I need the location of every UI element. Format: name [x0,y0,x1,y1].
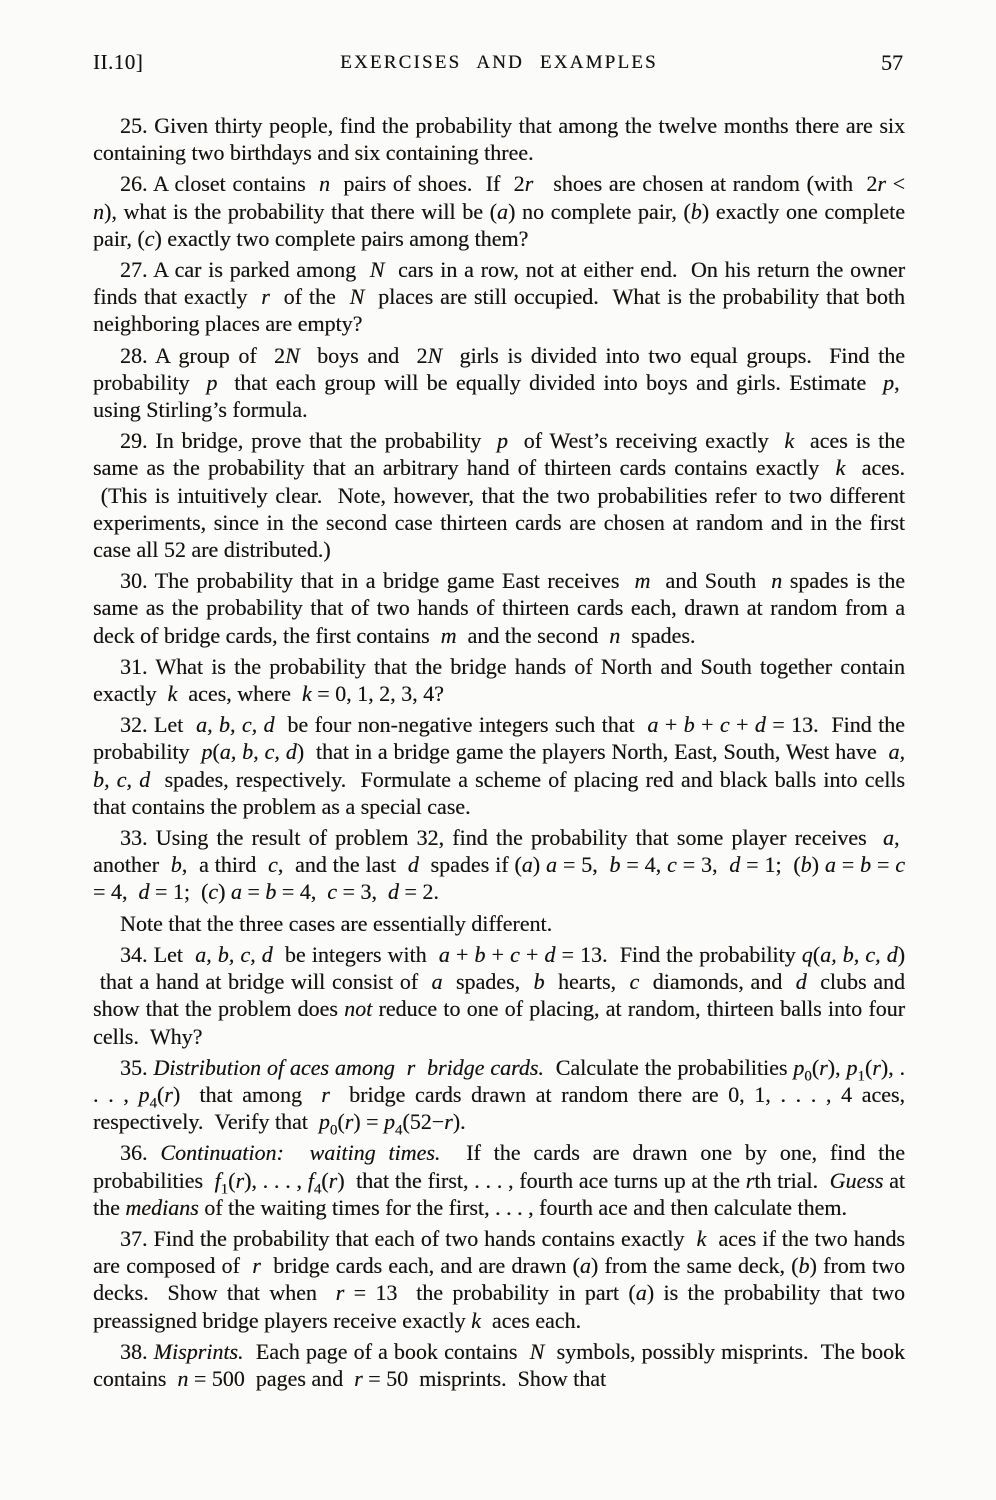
math-italic-run: p [206,370,217,395]
math-italic-run: p [138,1082,149,1107]
text-run: and the second [457,623,610,648]
math-italic-run: a [439,942,450,967]
math-italic-run: a [883,825,894,850]
math-italic-run: b [684,712,695,737]
math-italic-run: a [431,969,442,994]
math-italic-run: N [285,343,300,368]
text-run: 29. In bridge, prove that the probabilit… [120,428,497,453]
exercise-34: 34. Let a, b, c, d be integers with a + … [93,941,905,1050]
math-italic-run: p [883,370,894,395]
math-italic-run: k [784,428,794,453]
text-run: 38. [120,1339,154,1364]
math-italic-run: d [796,969,807,994]
text-run: ( [813,942,820,967]
text-run: be integers with [273,942,439,967]
text-run: = 0, 1, 2, 3, 4? [312,681,444,706]
text-run: ( [812,1055,819,1080]
text-run: = 4, [93,879,138,904]
text-run: + [520,942,545,967]
exercise-31: 31. What is the probability that the bri… [93,653,905,707]
text-run: be four non-negative integers such that [275,712,648,737]
exercise-32: 32. Let a, b, c, d be four non-negative … [93,711,905,820]
math-italic-run: Misprints. [154,1339,244,1364]
math-italic-run: k [471,1308,481,1333]
text-run: = [242,879,265,904]
text-run: that each group will be equally divided … [217,370,883,395]
exercise-36: 36. Continuation: waiting times. If the … [93,1139,905,1221]
section-marker: II.10] [93,50,143,75]
exercise-37: 37. Find the probability that each of tw… [93,1225,905,1334]
math-italic-run: b [534,969,545,994]
text-run: < [886,171,905,196]
text-run: = 13 the probability in part ( [344,1280,636,1305]
math-italic-run: r [235,1168,244,1193]
page-header: II.10] EXERCISES AND EXAMPLES 57 [93,50,905,74]
exercise-29: 29. In bridge, prove that the probabilit… [93,427,905,563]
text-run: ) from the same deck, ( [591,1253,799,1278]
text-run: pairs of shoes. If 2 [330,171,525,196]
text-run: ( [321,1168,328,1193]
text-run: ) no complete pair, ( [508,199,691,224]
exercise-33-note: Note that the three cases are essentiall… [93,910,905,937]
math-italic-run: a [580,1253,591,1278]
text-run: + [695,712,720,737]
text-run: = 3, [337,879,388,904]
math-italic-run: c [268,852,278,877]
text-run: of the waiting times for the first, . . … [199,1195,847,1220]
text-run: 26. A closet contains [120,171,319,196]
text-run: = 3, [677,852,729,877]
text-run: 37. Find the probability that each of tw… [120,1226,697,1251]
math-italic-run: p [319,1109,330,1134]
text-run: 30. The probability that in a bridge gam… [120,568,634,593]
text-run: + [658,712,683,737]
math-italic-run: r [819,1055,828,1080]
math-italic-run: b [798,1253,809,1278]
math-italic-run: p [497,428,508,453]
math-italic-run: c [629,969,639,994]
math-italic-run: d [388,879,399,904]
exercise-33: 33. Using the result of problem 32, find… [93,824,905,906]
math-italic-run: a, b, c, d [196,712,274,737]
math-italic-run: N [350,284,365,309]
exercise-30: 30. The probability that in a bridge gam… [93,567,905,649]
exercise-25: 25. Given thirty people, find the probab… [93,112,905,166]
text-run: 34. Let [120,942,195,967]
math-italic-run: c [208,879,218,904]
text-run: + [450,942,475,967]
math-italic-run: n [319,171,330,196]
text-run: = [871,852,895,877]
math-italic-run: a [647,712,658,737]
exercises-text-block: 25. Given thirty people, find the probab… [93,112,905,1392]
math-italic-run: k [302,681,312,706]
text-run: , a third [182,852,268,877]
book-page: II.10] EXERCISES AND EXAMPLES 57 25. Giv… [0,0,996,1500]
exercise-26: 26. A closet contains n pairs of shoes. … [93,170,905,252]
text-run: Note that the three cases are essentiall… [120,911,552,936]
text-run: of the [270,284,350,309]
math-italic-run: a [825,852,836,877]
math-italic-run: d [544,942,555,967]
math-italic-run: r [746,1168,755,1193]
math-italic-run: N [370,257,385,282]
math-italic-run: r [345,1109,354,1134]
text-run: bridge cards each, and are drawn ( [261,1253,580,1278]
text-run: aces, where [177,681,302,706]
text-run: ) [812,852,825,877]
math-italic-run: r [444,1109,453,1134]
math-italic-run: r [329,1168,338,1193]
exercise-27: 27. A car is parked among N cars in a ro… [93,256,905,338]
text-run: + [730,712,755,737]
text-run: th trial. [754,1168,829,1193]
math-italic-run: d [729,852,740,877]
math-italic-run: n [609,623,620,648]
math-italic-run: r [252,1253,261,1278]
math-italic-run: r [164,1082,173,1107]
text-run: spades, [442,969,533,994]
page-number: 57 [881,50,903,76]
math-italic-run: d [408,852,419,877]
math-italic-run: a [546,852,557,877]
text-run: aces each. [481,1308,581,1333]
text-run: Calculate the probabilities [544,1055,793,1080]
text-run: ) = [353,1109,384,1134]
text-run: = 50 misprints. Show that [363,1366,606,1391]
text-run: = 4, [276,879,327,904]
text-run: = 1; ( [149,879,208,904]
text-run: 32. Let [120,712,196,737]
math-italic-run: r [525,171,534,196]
text-run: and South [650,568,771,593]
text-run: ) that the first, . . . , fourth ace tur… [337,1168,745,1193]
text-run: = 2. [399,879,439,904]
text-run: boys and 2 [300,343,428,368]
text-run: = 1; ( [740,852,800,877]
text-run: 36. [120,1140,160,1165]
math-italic-run: p [201,739,212,764]
exercise-38: 38. Misprints. Each page of a book conta… [93,1338,905,1392]
text-run: spades. [620,623,695,648]
text-run: shoes are chosen at random (with 2 [533,171,877,196]
text-run: 28. A group of 2 [120,343,285,368]
text-run: ) exactly two complete pairs among them? [154,226,528,251]
math-italic-run: r [872,1055,881,1080]
math-italic-run: medians [125,1195,198,1220]
text-run: = 4, [620,852,667,877]
text-run: ) that in a bridge game the players Nort… [297,739,889,764]
math-italic-run: k [836,455,846,480]
math-italic-run: Guess [830,1168,884,1193]
math-italic-run: c [895,852,905,877]
math-italic-run: c [145,226,155,251]
text-run: 33. Using the result of problem 32, find… [120,825,883,850]
text-run: ( [212,739,219,764]
exercise-28: 28. A group of 2N boys and 2N girls is d… [93,342,905,424]
text-run: ), [828,1055,847,1080]
math-italic-run: k [697,1226,707,1251]
math-italic-run: N [428,343,443,368]
math-italic-run: r [321,1082,330,1107]
text-run: 35. [120,1055,153,1080]
math-italic-run: a [636,1280,647,1305]
text-run: 27. A car is parked among [120,257,370,282]
math-italic-run: a, b, c, d [195,942,273,967]
math-italic-run: a [231,879,242,904]
math-italic-run: k [168,681,178,706]
math-italic-run: d [138,879,149,904]
math-italic-run: not [344,996,372,1021]
text-run: 25. Given thirty people, find the probab… [93,113,905,165]
math-italic-run: p [384,1109,395,1134]
text-run: = 5, [557,852,609,877]
text-run: ) [218,879,231,904]
math-italic-run: m [634,568,650,593]
math-italic-run: b [691,199,702,224]
math-italic-run: Distribution of aces among r bridge card… [153,1055,543,1080]
math-italic-run: r [261,284,270,309]
math-italic-run: r [354,1366,363,1391]
math-italic-run: r [336,1280,345,1305]
math-italic-run: n [177,1366,188,1391]
math-italic-run: b [265,879,276,904]
math-italic-run: p [793,1055,804,1080]
text-run: ) [533,852,546,877]
math-italic-run: N [530,1339,545,1364]
math-italic-run: a, b, c, d [220,739,297,764]
text-run: dia­monds, and [639,969,795,994]
text-run: = 500 pages and [188,1366,354,1391]
text-run: , and the last [278,852,408,877]
math-italic-run: b [801,852,812,877]
math-italic-run: c [720,712,730,737]
text-run: ) that among [173,1082,321,1107]
text-run: spades, respectively. Formulate a scheme… [93,767,905,819]
math-italic-run: r [877,171,886,196]
text-run: ), . . . , [244,1168,308,1193]
math-italic-run: b [171,852,182,877]
text-run: = [836,852,860,877]
text-run: ( [337,1109,344,1134]
math-italic-run: m [441,623,457,648]
text-run: of West’s receiving exactly [508,428,784,453]
math-italic-run: n [93,199,104,224]
text-run: = 13. Find the probability [555,942,801,967]
math-italic-run: b [474,942,485,967]
exercise-35: 35. Distribution of aces among r bridge … [93,1054,905,1136]
text-run: ). [453,1109,466,1134]
math-italic-run: c [510,942,520,967]
text-run: spades if ( [419,852,522,877]
math-italic-run: n [771,568,782,593]
text-run: ), what is the probability that there wi… [104,199,497,224]
text-run: + [485,942,510,967]
math-italic-run: b [860,852,871,877]
text-run: (52− [402,1109,444,1134]
math-italic-run: c [667,852,677,877]
math-italic-run: b [609,852,620,877]
math-italic-run: c [327,879,337,904]
math-italic-run: a [522,852,533,877]
math-italic-run: a, b, c, d [820,942,898,967]
math-italic-run: a [497,199,508,224]
text-run: Each page of a book contains [244,1339,530,1364]
running-title: EXERCISES AND EXAMPLES [340,52,658,74]
math-italic-run: q [802,942,813,967]
text-run: hearts, [545,969,630,994]
math-italic-run: d [755,712,766,737]
math-italic-run: Continuation: waiting times. [160,1140,440,1165]
math-italic-run: p [846,1055,857,1080]
